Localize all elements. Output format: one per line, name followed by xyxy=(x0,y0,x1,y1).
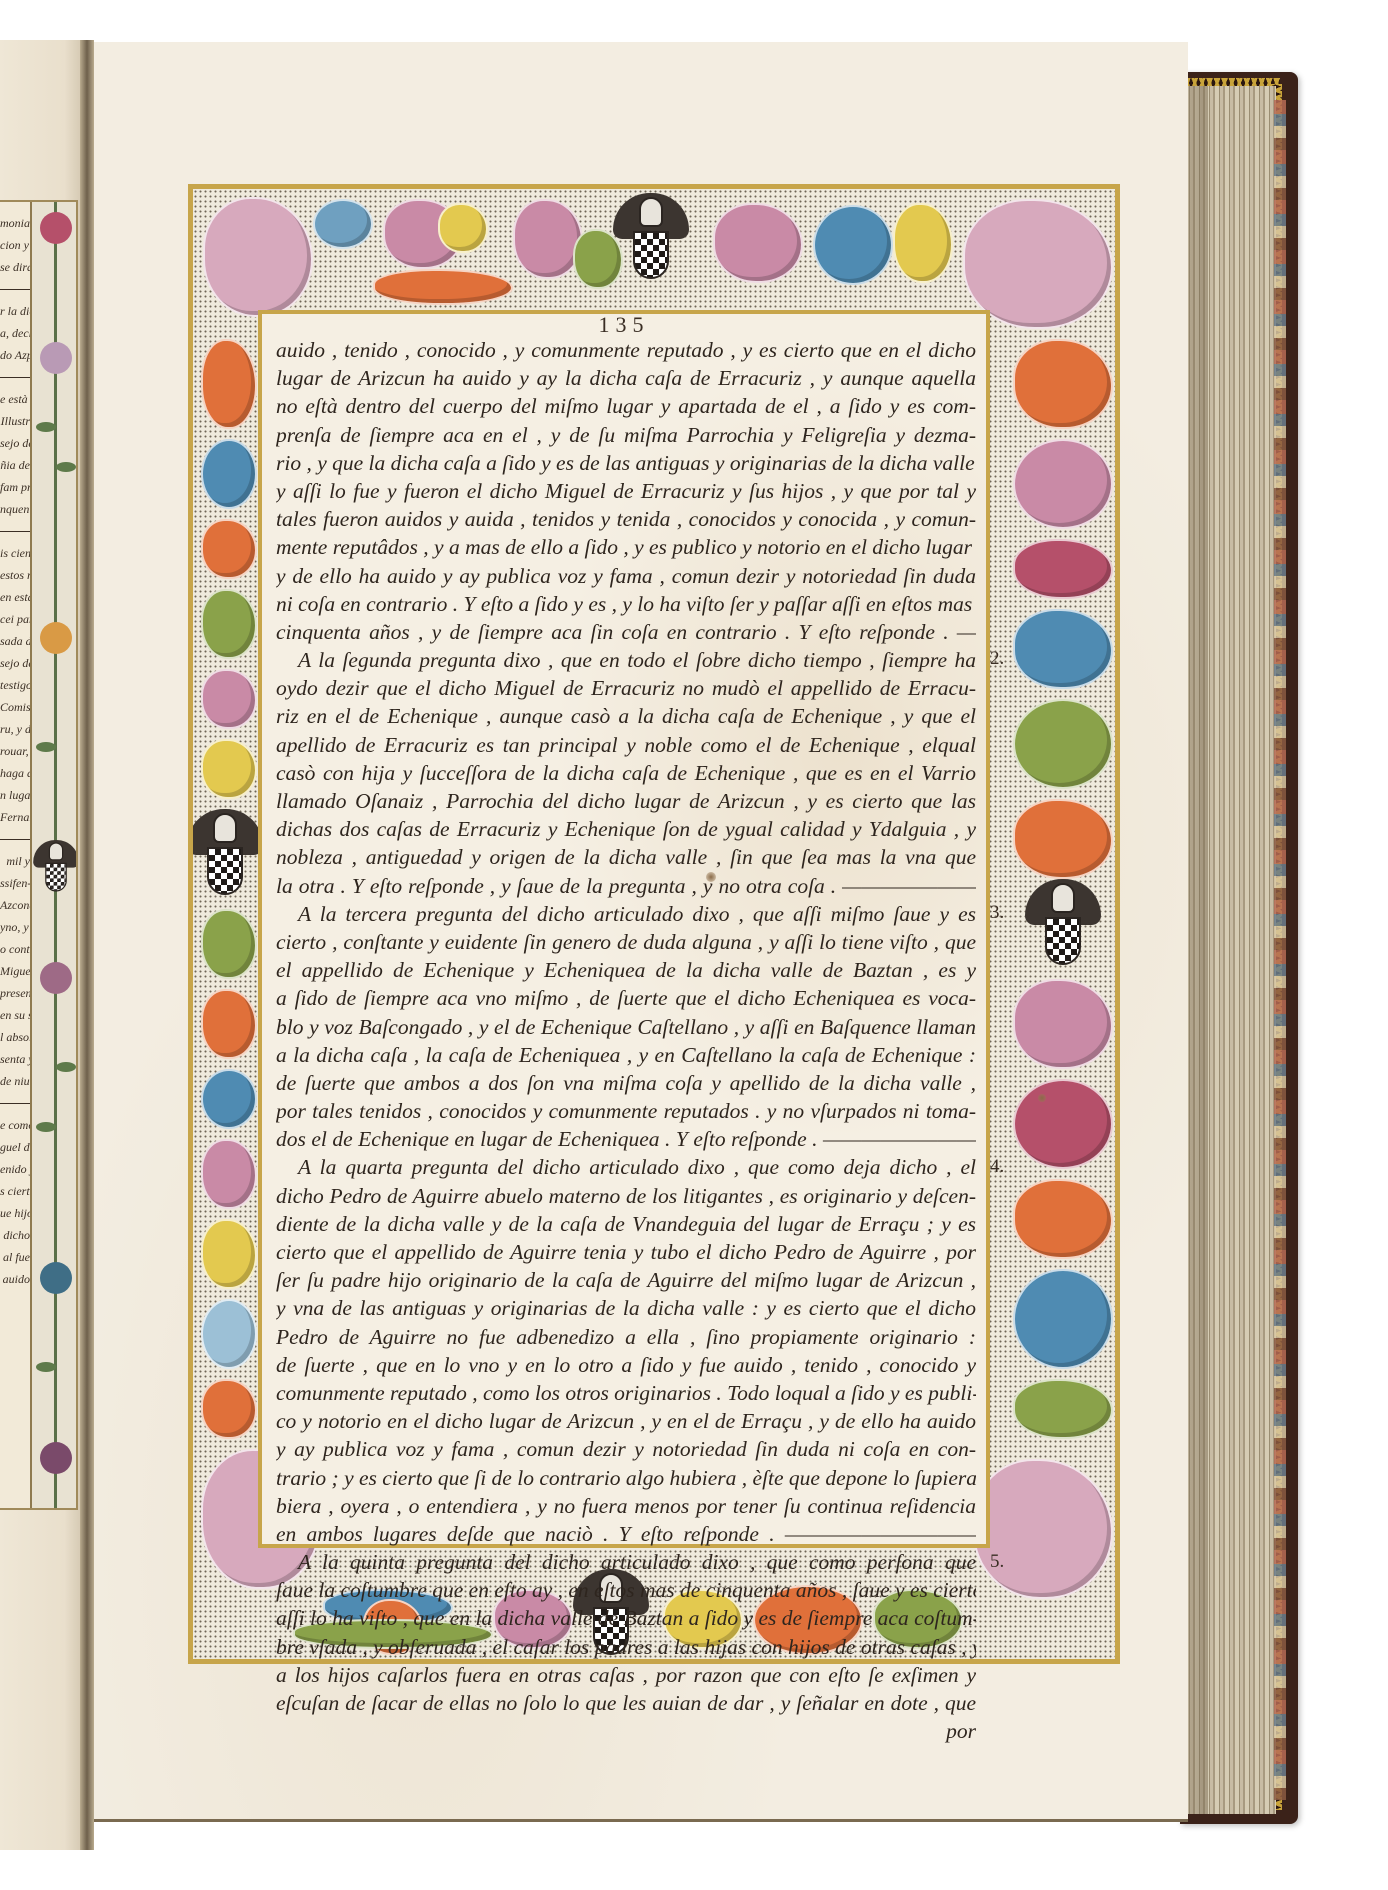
left-text-fragment xyxy=(0,520,30,532)
body-text: auido , tenido , conocido , y comunmente… xyxy=(276,336,976,1745)
catchword: por xyxy=(276,1717,976,1745)
text-line: comunmente reputado , como los otros ori… xyxy=(276,1379,976,1407)
leaf-icon xyxy=(36,742,56,752)
left-text-fragment: enido y xyxy=(0,1158,30,1180)
left-page-text-box: monial, ecion y prse diranr la dichaa, d… xyxy=(0,200,78,1510)
left-text-fragment: a, decla- xyxy=(0,322,30,344)
leaf-icon xyxy=(201,589,257,659)
text-line: riz en el de Echenique , aunque casò a l… xyxy=(276,702,976,730)
left-page: monial, ecion y prse diranr la dichaa, d… xyxy=(0,40,92,1850)
text-line: lugar de Arizcun ha auido y ay la dicha … xyxy=(276,364,976,392)
left-text-fragment xyxy=(0,828,30,840)
leaf-icon xyxy=(36,1362,56,1372)
text-line: casò con hija y ſucceſſora de la dicha c… xyxy=(276,759,976,787)
left-text-fragment: senta y xyxy=(0,1048,30,1070)
flower-icon xyxy=(40,622,72,654)
text-line: trario ; y es cierto que ſi de lo contra… xyxy=(276,1464,976,1492)
left-text-fragment: ru, y de xyxy=(0,718,30,740)
scroll-icon xyxy=(373,269,513,305)
book-gutter xyxy=(80,40,94,1850)
left-text-fragment: fam prin- xyxy=(0,476,30,498)
flower-icon xyxy=(40,1262,72,1294)
left-text-fragment: is ciento xyxy=(0,542,30,564)
flower-icon xyxy=(40,962,72,994)
text-line: a ſido de ſiempre aca vno miſmo , de ſue… xyxy=(276,984,976,1012)
text-line: ſer ſu padre hijo originario de la caſa … xyxy=(276,1266,976,1294)
page-number: 135 xyxy=(262,314,986,336)
left-text-fragment: ue hijo xyxy=(0,1202,30,1224)
left-text-fragment: s cierto xyxy=(0,1180,30,1202)
scroll-icon xyxy=(201,339,257,429)
text-line: ni coſa en contrario . Y eſto a ſido y e… xyxy=(276,590,976,618)
left-text-fragment: se diran xyxy=(0,256,30,278)
left-text-fragment: Comis- xyxy=(0,696,30,718)
coat-of-arms-icon xyxy=(613,193,689,283)
left-text-fragment: ssifen- xyxy=(0,872,30,894)
palmette-icon xyxy=(1013,539,1113,599)
left-text-fragment: yno, y en xyxy=(0,916,30,938)
flower-icon xyxy=(201,519,257,579)
scroll-icon xyxy=(1013,1079,1113,1169)
text-line: cinquenta años , y de ſiempre aca ſin co… xyxy=(276,618,976,646)
coat-of-arms-icon xyxy=(188,809,263,899)
left-text-fragment: Illustr xyxy=(0,410,30,432)
flower-icon xyxy=(201,669,257,729)
text-line: ſaue la coſtumbre que en eſto ay , en eſ… xyxy=(276,1576,976,1604)
left-text-fragment: Fernan- xyxy=(0,806,30,828)
text-line: nobleza , antiguedad y origen de la dich… xyxy=(276,843,976,871)
text-line: el appellido de Echenique y Echeniquea d… xyxy=(276,956,976,984)
coat-of-arms-icon xyxy=(1025,879,1101,969)
scroll-icon xyxy=(1013,339,1113,429)
text-line: y aſſi lo fue y fueron el dicho Miguel d… xyxy=(276,477,976,505)
text-line: cierto , conſtante y euidente ſin genero… xyxy=(276,928,976,956)
text-line: llamado Oſanaiz , Parrochia del dicho lu… xyxy=(276,787,976,815)
scroll-icon xyxy=(201,1299,257,1369)
text-line: co y notorio en el dicho lugar de Arizcu… xyxy=(276,1407,976,1435)
scroll-icon xyxy=(201,439,257,509)
acanthus-leaf-icon xyxy=(513,199,583,279)
text-line: en ambos lugares deſde que naciò . Y eſt… xyxy=(276,1520,976,1548)
left-text-fragment: en su se- xyxy=(0,1004,30,1026)
scroll-icon xyxy=(201,989,257,1059)
text-line: y de ello ha auido y ay publica voz y fa… xyxy=(276,562,976,590)
text-line: rio , y que la dicha caſa a ſido y es de… xyxy=(276,449,976,477)
left-text-fragment: sejo de xyxy=(0,652,30,674)
foxing-spot xyxy=(706,872,716,882)
marbled-endpaper-edge xyxy=(1274,100,1286,1800)
left-text-fragment: auido xyxy=(0,1268,30,1290)
text-line: a la dicha caſa , la caſa de Echeniquea … xyxy=(276,1041,976,1069)
tulip-icon xyxy=(438,203,488,253)
leaf-icon xyxy=(36,1122,56,1132)
text-line: eſcuſan de ſacar de ellas no ſolo lo que… xyxy=(276,1689,976,1717)
left-text-fragment: o contra- xyxy=(0,938,30,960)
scroll-icon xyxy=(1013,439,1113,529)
left-text-fragment: al fue xyxy=(0,1246,30,1268)
text-line: A la quarta pregunta del dicho articulad… xyxy=(276,1153,976,1181)
flower-icon xyxy=(201,1219,257,1289)
text-line: la otra . Y eſto reſponde , y ſaue de la… xyxy=(276,872,976,900)
foxing-spot xyxy=(1038,1094,1046,1102)
text-line: diente de la dicha valle y de la caſa de… xyxy=(276,1210,976,1238)
left-text-fragment: nquenta xyxy=(0,498,30,520)
scroll-icon xyxy=(313,199,373,249)
palmette-icon xyxy=(1013,799,1113,879)
flower-icon xyxy=(40,342,72,374)
palmette-icon xyxy=(1013,1179,1113,1259)
leaf-icon xyxy=(201,909,257,979)
left-page-text-fragments: monial, ecion y prse diranr la dichaa, d… xyxy=(0,212,32,1510)
margin-number: 5. xyxy=(990,1551,1020,1573)
text-line: biera , oyera , o entendiera , y no fuer… xyxy=(276,1492,976,1520)
left-text-fragment: Migue xyxy=(0,960,30,982)
text-line: prenſa de ſiempre aca en el , y de ſu mi… xyxy=(276,421,976,449)
text-line: A la ſegunda pregunta dixo , que en todo… xyxy=(276,646,976,674)
text-line: apellido de Erracuriz es tan principal y… xyxy=(276,731,976,759)
left-text-fragment: sada de xyxy=(0,630,30,652)
floral-border-strip xyxy=(30,202,78,1508)
margin-number: 2. xyxy=(990,648,1020,670)
text-line: dichas dos caſas de Erracuriz y Echeniqu… xyxy=(276,815,976,843)
scroll-icon xyxy=(201,1379,257,1439)
leaf-icon xyxy=(56,1062,76,1072)
text-line: y ay publica voz y fama , comun dezir y … xyxy=(276,1435,976,1463)
text-line: y vna de las antiguas y originarias de l… xyxy=(276,1294,976,1322)
text-panel: 135 auido , tenido , conocido , y comunm… xyxy=(258,310,990,1548)
acanthus-leaf-icon xyxy=(203,197,313,317)
left-text-fragment: presenta- xyxy=(0,982,30,1004)
palmette-icon xyxy=(1013,609,1113,689)
left-text-fragment xyxy=(0,366,30,378)
palmette-icon xyxy=(1013,979,1113,1069)
scroll-icon xyxy=(201,1069,257,1129)
left-text-fragment: monial, e xyxy=(0,212,30,234)
text-line: por tales tenidos , conocidos y comunmen… xyxy=(276,1097,976,1125)
text-line: Pedro de Aguirre no fue adbenedizo a ell… xyxy=(276,1323,976,1351)
left-text-fragment: en esta xyxy=(0,586,30,608)
left-text-fragment: l absol- xyxy=(0,1026,30,1048)
text-line: mente reputâdos , y a mas de ello a ſido… xyxy=(276,533,976,561)
left-text-fragment: dicho xyxy=(0,1224,30,1246)
text-line: A la quinta pregunta del dicho articulad… xyxy=(276,1548,976,1576)
left-text-fragment: estos re- xyxy=(0,564,30,586)
tulip-icon xyxy=(201,739,257,799)
text-line: de ſuerte , que en lo vno y en lo otro a… xyxy=(276,1351,976,1379)
flower-icon xyxy=(40,1442,72,1474)
text-line: aſſi lo ha viſto , que en la dicha valle… xyxy=(276,1604,976,1632)
palmette-icon xyxy=(713,203,803,283)
left-text-fragment: e està ad xyxy=(0,388,30,410)
text-line: dicho Pedro de Aguirre abuelo materno de… xyxy=(276,1182,976,1210)
text-line: tales fueron auidos y auida , tenidos y … xyxy=(276,505,976,533)
acanthus-leaf-icon xyxy=(973,1459,1113,1599)
left-text-fragment xyxy=(0,278,30,290)
leaf-icon xyxy=(1013,1379,1113,1439)
leaf-icon xyxy=(56,462,76,472)
text-line: blo y voz Baſcongado , y el de Echenique… xyxy=(276,1013,976,1041)
margin-number: 4. xyxy=(990,1156,1020,1178)
left-text-fragment: ñia de xyxy=(0,454,30,476)
left-text-fragment: testigos xyxy=(0,674,30,696)
left-text-fragment: haga a xyxy=(0,762,30,784)
right-page: 135 auido , tenido , conocido , y comunm… xyxy=(88,42,1188,1822)
text-line: auido , tenido , conocido , y comunmente… xyxy=(276,336,976,364)
scroll-icon xyxy=(1013,699,1113,789)
text-line: cierto que el appellido de Aguirre tenia… xyxy=(276,1238,976,1266)
left-text-fragment: sejo de xyxy=(0,432,30,454)
left-text-fragment: mil y xyxy=(0,850,30,872)
left-text-fragment: de niu- xyxy=(0,1070,30,1092)
scroll-icon xyxy=(813,205,893,285)
left-text-fragment: Azcona xyxy=(0,894,30,916)
tulip-icon xyxy=(893,203,953,283)
open-book: monial, ecion y prse diranr la dichaa, d… xyxy=(0,0,1388,1890)
flower-icon xyxy=(40,212,72,244)
scroll-icon xyxy=(1013,1269,1113,1369)
left-text-fragment: n lugar xyxy=(0,784,30,806)
left-text-fragment: rouar, y xyxy=(0,740,30,762)
text-line: dos el de Echenique en lugar de Echeniqu… xyxy=(276,1125,976,1153)
flower-icon xyxy=(201,1139,257,1209)
left-text-fragment: cei para xyxy=(0,608,30,630)
left-text-fragment: do Azpe- xyxy=(0,344,30,366)
left-text-fragment: cion y pr xyxy=(0,234,30,256)
text-line: bre vſada , y obſeruada , el caſar los p… xyxy=(276,1633,976,1661)
text-line: A la tercera pregunta del dicho articula… xyxy=(276,900,976,928)
left-text-fragment: r la dicha xyxy=(0,300,30,322)
left-text-fragment: e como xyxy=(0,1114,30,1136)
text-line: a los hijos caſarlos fuera en otras caſa… xyxy=(276,1661,976,1689)
margin-number: 3. xyxy=(990,902,1020,924)
leaf-icon xyxy=(36,422,56,432)
coat-of-arms-icon xyxy=(33,840,78,894)
text-line: oydo dezir que el dicho Miguel de Erracu… xyxy=(276,674,976,702)
text-line: de ſuerte que ambos a dos ſon vna miſma … xyxy=(276,1069,976,1097)
text-line: no eſtà dentro del cuerpo del miſmo luga… xyxy=(276,392,976,420)
left-text-fragment: guel de xyxy=(0,1136,30,1158)
left-text-fragment xyxy=(0,1092,30,1104)
